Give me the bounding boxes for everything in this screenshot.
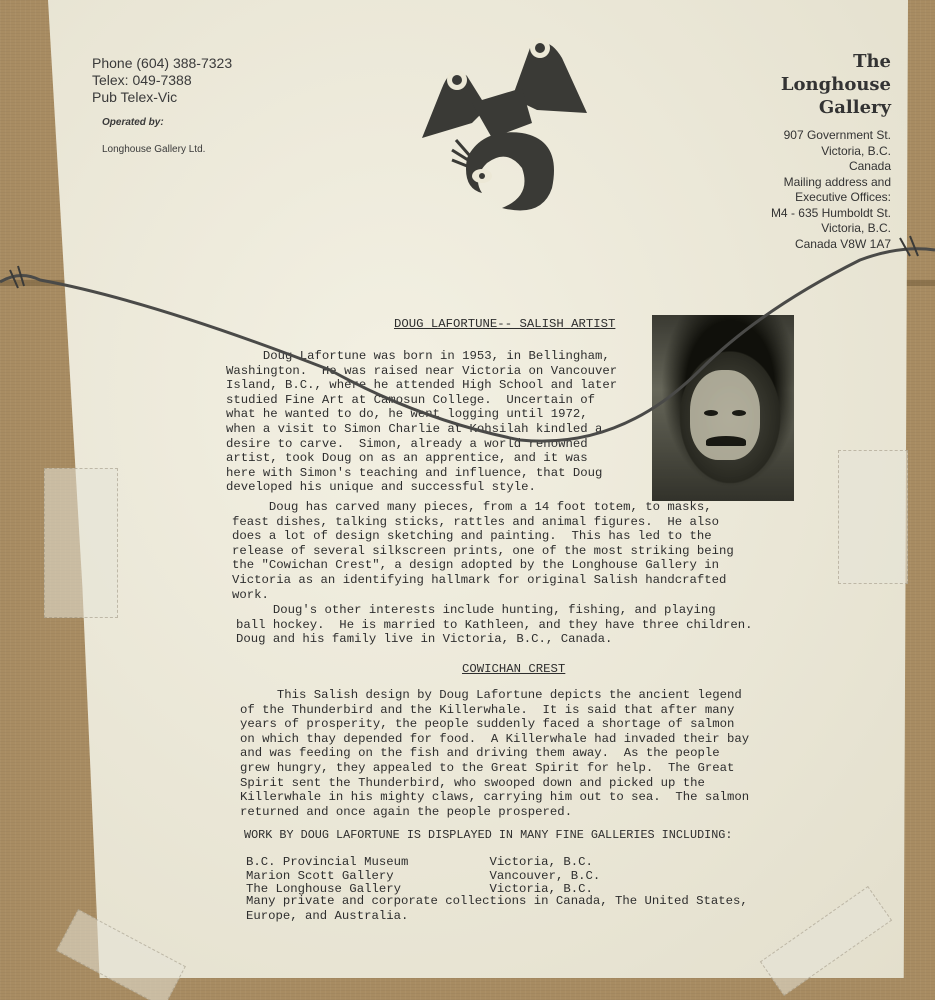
thunderbird-killerwhale-logo-icon — [412, 28, 597, 213]
gallery-name-line: Longhouse — [781, 73, 891, 96]
phone-number: Phone (604) 388-7323 — [92, 55, 232, 72]
gallery-name: The Longhouse Gallery — [781, 50, 891, 119]
address-line: Victoria, B.C. — [771, 221, 891, 237]
address-line: Victoria, B.C. — [771, 144, 891, 160]
operator-name: Longhouse Gallery Ltd. — [102, 141, 232, 158]
gallery-name-line: Gallery — [781, 96, 891, 119]
crest-paragraph: This Salish design by Doug Lafortune dep… — [240, 688, 749, 819]
pub-telex: Pub Telex-Vic — [92, 89, 232, 106]
gallery-location: Victoria, B.C. — [490, 855, 593, 869]
gallery-row: B.C. Provincial Museum Victoria, B.C. — [246, 855, 593, 870]
tape-right — [838, 450, 908, 584]
address-line: Executive Offices: — [771, 190, 891, 206]
galleries-heading: WORK BY DOUG LAFORTUNE IS DISPLAYED IN M… — [244, 828, 732, 843]
tape-left — [44, 468, 118, 618]
address-line: 907 Government St. — [771, 128, 891, 144]
galleries-footer: Many private and corporate collections i… — [246, 894, 748, 923]
bio-title: DOUG LAFORTUNE-- SALISH ARTIST — [394, 317, 615, 332]
contact-block: Phone (604) 388-7323 Telex: 049-7388 Pub… — [92, 55, 232, 158]
portrait-eye — [704, 410, 718, 416]
gallery-name: B.C. Provincial Museum — [246, 855, 490, 869]
bio-paragraph-3: Doug's other interests include hunting, … — [236, 603, 753, 647]
gallery-row: Marion Scott Gallery Vancouver, B.C. — [246, 869, 600, 884]
gallery-location: Vancouver, B.C. — [490, 869, 601, 883]
address-line: Canada V8W 1A7 — [771, 237, 891, 253]
gallery-name: Marion Scott Gallery — [246, 869, 490, 883]
address-line: Canada — [771, 159, 891, 175]
address-line: Mailing address and — [771, 175, 891, 191]
address-line: M4 - 635 Humboldt St. — [771, 206, 891, 222]
bio-paragraph-2: Doug has carved many pieces, from a 14 f… — [232, 500, 734, 602]
telex-number: Telex: 049-7388 — [92, 72, 232, 89]
portrait-face — [690, 370, 760, 460]
portrait-eye — [732, 410, 746, 416]
gallery-address: 907 Government St. Victoria, B.C. Canada… — [771, 128, 891, 252]
artist-portrait-photo — [652, 315, 794, 501]
portrait-mustache — [706, 436, 746, 446]
gallery-name-line: The — [781, 50, 891, 73]
operated-by-label: Operated by: — [102, 114, 232, 131]
crest-title: COWICHAN CREST — [462, 662, 565, 677]
bio-paragraph-1: Doug Lafortune was born in 1953, in Bell… — [226, 349, 617, 495]
